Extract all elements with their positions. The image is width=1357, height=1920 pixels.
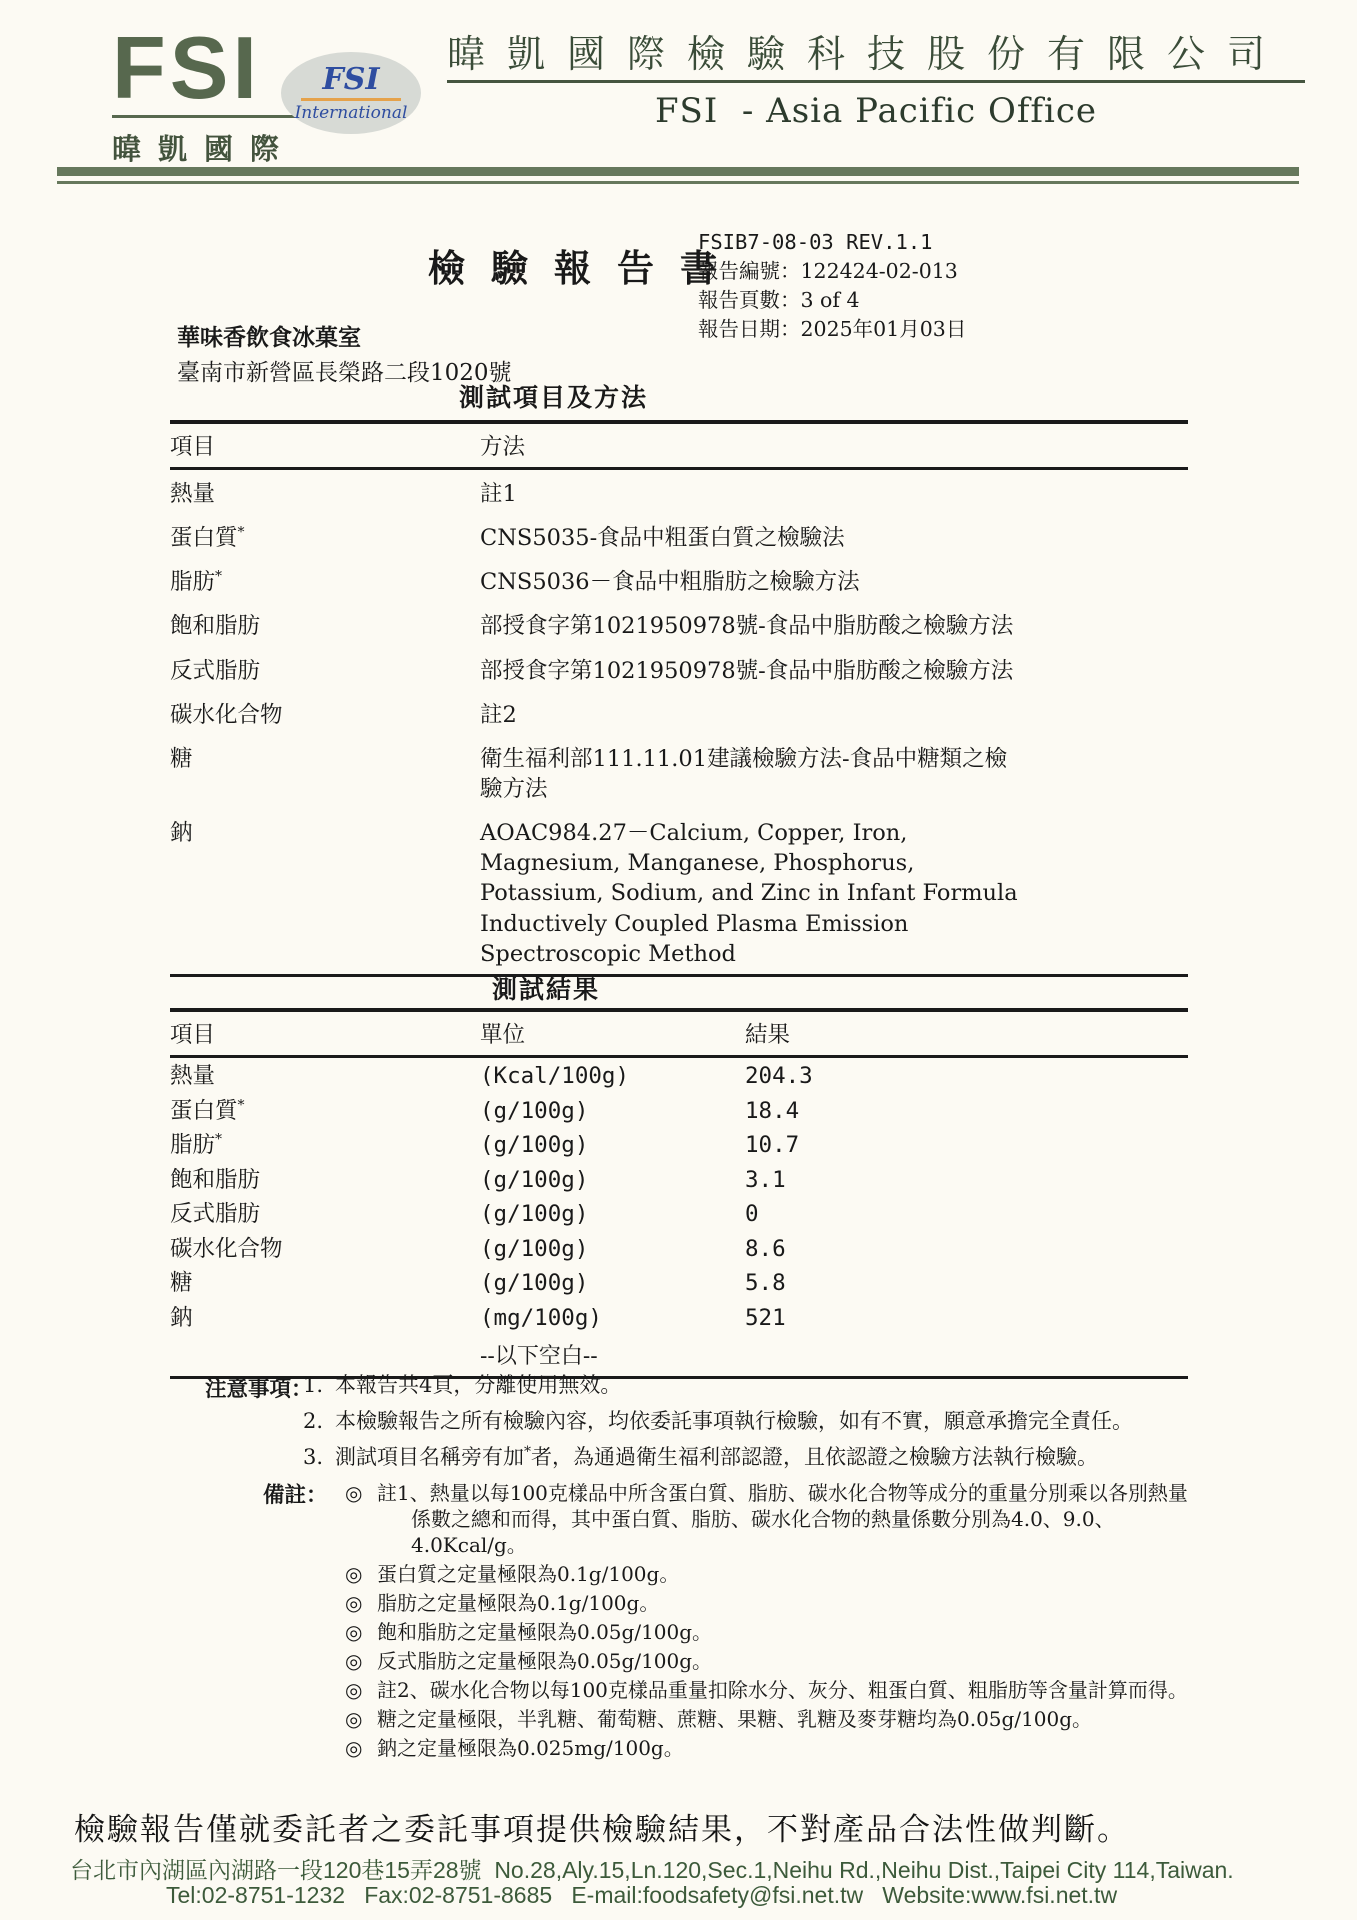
remark-text: 脂肪之定量極限為0.1g/100g。 <box>377 1590 659 1616</box>
remark-item: ◎ 註2、碳水化合物以每100克樣品重量扣除水分、灰分、粗蛋白質、粗脂肪等含量計… <box>345 1677 1195 1703</box>
item-label: 脂肪* <box>170 567 480 597</box>
office-name: FSI - Asia Pacific Office <box>447 91 1305 131</box>
result-value: 0 <box>745 1200 1188 1229</box>
results-col-unit: 單位 <box>480 1017 745 1049</box>
unit-text: (g/100g) <box>480 1200 745 1229</box>
notices-list: 1. 本報告共4頁，分離使用無效。 2. 本檢驗報告之所有檢驗內容，均依委託事項… <box>303 1372 1203 1480</box>
item-star: * <box>215 1132 222 1148</box>
table-row: 糖 衛生福利部111.11.01建議檢驗方法-食品中糖類之檢驗方法 <box>170 735 1188 809</box>
table-row: 熱量 註1 <box>170 470 1188 514</box>
footer-contact: Tel:02-8751-1232 Fax:02-8751-8685 E-mail… <box>166 1882 1117 1909</box>
badge-international-text: International <box>295 105 408 122</box>
unit-text: (g/100g) <box>480 1097 745 1126</box>
table-row: 蛋白質* CNS5035-食品中粗蛋白質之檢驗法 <box>170 514 1188 558</box>
table-row: 飽和脂肪 部授食字第1021950978號-食品中脂肪酸之檢驗方法 <box>170 602 1188 646</box>
table-row: 脂肪* (g/100g) 10.7 <box>170 1127 1188 1162</box>
remark-bullet: ◎ <box>345 1590 377 1616</box>
remark-text: 飽和脂肪之定量極限為0.05g/100g。 <box>377 1619 712 1645</box>
header-double-rule <box>57 167 1299 184</box>
table-row: 反式脂肪 部授食字第1021950978號-食品中脂肪酸之檢驗方法 <box>170 647 1188 691</box>
remark-text: 註2、碳水化合物以每100克樣品重量扣除水分、灰分、粗蛋白質、粗脂肪等含量計算而… <box>377 1677 1188 1703</box>
company-underline <box>447 80 1305 83</box>
remark-item: ◎ 飽和脂肪之定量極限為0.05g/100g。 <box>345 1619 1195 1645</box>
methods-header-row: 項目 方法 <box>170 420 1188 470</box>
report-date: 報告日期：2025年01月03日 <box>698 315 966 344</box>
remark-bullet: ◎ <box>345 1561 377 1587</box>
client-name: 華味香飲食冰菓室 <box>177 320 512 356</box>
results-header-row: 項目 單位 結果 <box>170 1008 1188 1058</box>
notice-number: 1. <box>303 1372 335 1400</box>
method-text: 部授食字第1021950978號-食品中脂肪酸之檢驗方法 <box>480 656 1025 686</box>
result-value: 204.3 <box>745 1062 1188 1091</box>
item-label: 鈉 <box>170 1304 480 1333</box>
fsi-logo-subtext: 暐凱國際 <box>112 115 324 168</box>
table-row: 碳水化合物 註2 <box>170 691 1188 735</box>
item-label: 飽和脂肪 <box>170 611 480 641</box>
unit-text: (g/100g) <box>480 1166 745 1195</box>
table-row: 糖 (g/100g) 5.8 <box>170 1265 1188 1300</box>
table-row: 反式脂肪 (g/100g) 0 <box>170 1196 1188 1231</box>
notice-number: 3. <box>303 1444 335 1472</box>
item-label: 熱量 <box>170 1062 480 1091</box>
method-text: 衛生福利部111.11.01建議檢驗方法-食品中糖類之檢驗方法 <box>480 744 1025 804</box>
method-text: 註1 <box>480 479 1025 509</box>
results-table: 項目 單位 結果 熱量 (Kcal/100g) 204.3 蛋白質* (g/10… <box>170 1008 1188 1379</box>
form-code: FSIB7-08-03 REV.1.1 <box>698 228 966 257</box>
footer-disclaimer: 檢驗報告僅就委託者之委託事項提供檢驗結果，不對產品合法性做判斷。 <box>74 1804 1130 1849</box>
method-text: AOAC984.27－Calcium, Copper, Iron, Magnes… <box>480 818 1025 969</box>
item-label: 脂肪* <box>170 1131 480 1160</box>
remarks-list: ◎ 註1、熱量以每100克樣品中所含蛋白質、脂肪、碳水化合物等成分的重量分別乘以… <box>345 1480 1195 1764</box>
remarks-label: 備註： <box>263 1478 328 1509</box>
unit-text: (g/100g) <box>480 1131 745 1160</box>
remark-item: ◎ 反式脂肪之定量極限為0.05g/100g。 <box>345 1648 1195 1674</box>
result-value: 10.7 <box>745 1131 1188 1160</box>
company-header: 暐凱國際檢驗科技股份有限公司 FSI - Asia Pacific Office <box>447 32 1305 131</box>
item-star: * <box>238 1097 245 1113</box>
result-value: 521 <box>745 1304 1188 1333</box>
methods-section-title: 測試項目及方法 <box>459 378 648 414</box>
badge-orange-line <box>301 98 401 101</box>
item-label: 糖 <box>170 744 480 804</box>
results-section-title: 測試結果 <box>492 970 600 1006</box>
report-meta: FSIB7-08-03 REV.1.1 報告編號：122424-02-013 報… <box>698 228 966 344</box>
item-label: 糖 <box>170 1269 480 1298</box>
remark-bullet: ◎ <box>345 1619 377 1645</box>
method-text: 註2 <box>480 700 1025 730</box>
method-text: CNS5035-食品中粗蛋白質之檢驗法 <box>480 523 1025 553</box>
item-star: * <box>215 569 222 585</box>
badge-fsi-text: FSI <box>323 65 380 95</box>
item-label: 碳水化合物 <box>170 1235 480 1264</box>
unit-text: (g/100g) <box>480 1269 745 1298</box>
report-page: FSI 暐凱國際 FSI International 暐凱國際檢驗科技股份有限公… <box>0 0 1357 1920</box>
remark-text: 鈉之定量極限為0.025mg/100g。 <box>377 1735 684 1761</box>
item-label: 反式脂肪 <box>170 1200 480 1229</box>
remark-item: ◎ 註1、熱量以每100克樣品中所含蛋白質、脂肪、碳水化合物等成分的重量分別乘以… <box>345 1480 1195 1558</box>
notice-item: 1. 本報告共4頁，分離使用無效。 <box>303 1372 1203 1400</box>
footer-address: 台北市內湖區內湖路一段120巷15弄28號 No.28,Aly.15,Ln.12… <box>70 1852 1234 1885</box>
remark-bullet: ◎ <box>345 1677 377 1703</box>
notice-item: 2. 本檢驗報告之所有檢驗內容，均依委託事項執行檢驗，如有不實，願意承擔完全責任… <box>303 1408 1203 1436</box>
remark-text: 糖之定量極限，半乳糖、葡萄糖、蔗糖、果糖、乳糖及麥芽糖均為0.05g/100g。 <box>377 1706 1092 1732</box>
notice-item: 3. 測試項目名稱旁有加*者，為通過衛生福利部認證，且依認證之檢驗方法執行檢驗。 <box>303 1444 1203 1472</box>
rule-thick <box>57 167 1299 176</box>
table-row: 鈉 AOAC984.27－Calcium, Copper, Iron, Magn… <box>170 809 1188 974</box>
notice-text: 本報告共4頁，分離使用無效。 <box>335 1372 621 1400</box>
rule-thin <box>57 181 1299 184</box>
item-label: 反式脂肪 <box>170 656 480 686</box>
table-row: 鈉 (mg/100g) 521 <box>170 1300 1188 1335</box>
item-label: 飽和脂肪 <box>170 1166 480 1195</box>
item-label: 鈉 <box>170 818 480 969</box>
remark-item: ◎ 蛋白質之定量極限為0.1g/100g。 <box>345 1561 1195 1587</box>
unit-text: (mg/100g) <box>480 1304 745 1333</box>
end-note: --以下空白-- <box>480 1339 1188 1370</box>
table-row: 蛋白質* (g/100g) 18.4 <box>170 1093 1188 1128</box>
result-value: 3.1 <box>745 1166 1188 1195</box>
remark-text: 註1、熱量以每100克樣品中所含蛋白質、脂肪、碳水化合物等成分的重量分別乘以各別… <box>377 1480 1195 1558</box>
table-row: 飽和脂肪 (g/100g) 3.1 <box>170 1162 1188 1197</box>
item-star: * <box>238 525 245 541</box>
remark-item: ◎ 糖之定量極限，半乳糖、葡萄糖、蔗糖、果糖、乳糖及麥芽糖均為0.05g/100… <box>345 1706 1195 1732</box>
notice-number: 2. <box>303 1408 335 1436</box>
remark-bullet: ◎ <box>345 1735 377 1761</box>
method-text: CNS5036－食品中粗脂肪之檢驗方法 <box>480 567 1025 597</box>
item-label: 熱量 <box>170 479 480 509</box>
unit-text: (Kcal/100g) <box>480 1062 745 1091</box>
result-value: 8.6 <box>745 1235 1188 1264</box>
table-row: 碳水化合物 (g/100g) 8.6 <box>170 1231 1188 1266</box>
report-number: 報告編號：122424-02-013 <box>698 257 966 286</box>
results-col-item: 項目 <box>170 1017 480 1049</box>
notice-text: 本檢驗報告之所有檢驗內容，均依委託事項執行檢驗，如有不實，願意承擔完全責任。 <box>335 1408 1133 1436</box>
notices-label: 注意事項： <box>205 1372 313 1403</box>
remark-bullet: ◎ <box>345 1706 377 1732</box>
remark-bullet: ◎ <box>345 1648 377 1674</box>
item-label: 蛋白質* <box>170 523 480 553</box>
remark-text: 蛋白質之定量極限為0.1g/100g。 <box>377 1561 679 1587</box>
report-title: 檢驗報告書 <box>428 238 743 292</box>
result-value: 18.4 <box>745 1097 1188 1126</box>
remark-bullet: ◎ <box>345 1480 377 1558</box>
remark-item: ◎ 脂肪之定量極限為0.1g/100g。 <box>345 1590 1195 1616</box>
remark-item: ◎ 鈉之定量極限為0.025mg/100g。 <box>345 1735 1195 1761</box>
notice-text: 測試項目名稱旁有加*者，為通過衛生福利部認證，且依認證之檢驗方法執行檢驗。 <box>335 1444 1098 1472</box>
fsi-international-badge: FSI International <box>281 52 421 134</box>
methods-col-method: 方法 <box>480 429 1188 461</box>
item-label: 碳水化合物 <box>170 700 480 730</box>
remark-text: 反式脂肪之定量極限為0.05g/100g。 <box>377 1648 712 1674</box>
end-note-row: --以下空白-- <box>170 1335 1188 1376</box>
table-row: 熱量 (Kcal/100g) 204.3 <box>170 1058 1188 1093</box>
result-value: 5.8 <box>745 1269 1188 1298</box>
unit-text: (g/100g) <box>480 1235 745 1264</box>
method-text: 部授食字第1021950978號-食品中脂肪酸之檢驗方法 <box>480 611 1025 641</box>
results-col-result: 結果 <box>745 1017 1188 1049</box>
item-label: 蛋白質* <box>170 1097 480 1126</box>
methods-col-item: 項目 <box>170 429 480 461</box>
table-row: 脂肪* CNS5036－食品中粗脂肪之檢驗方法 <box>170 558 1188 602</box>
report-pages: 報告頁數：3 of 4 <box>698 286 966 315</box>
methods-table: 項目 方法 熱量 註1 蛋白質* CNS5035-食品中粗蛋白質之檢驗法 脂肪*… <box>170 420 1188 977</box>
company-name: 暐凱國際檢驗科技股份有限公司 <box>447 32 1305 78</box>
